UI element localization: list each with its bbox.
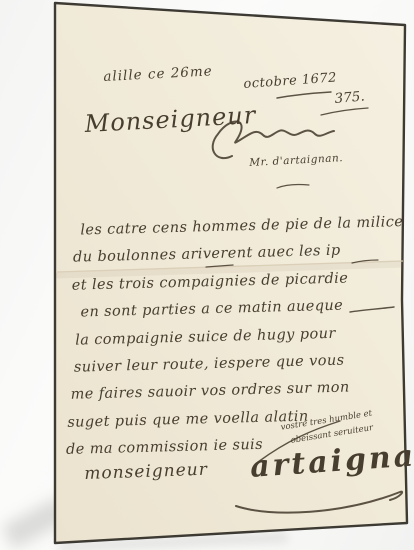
- catalog-number: 375.: [334, 88, 365, 107]
- letter-photograph: alille ce 26me octobre 1672 375. Monseig…: [0, 0, 414, 550]
